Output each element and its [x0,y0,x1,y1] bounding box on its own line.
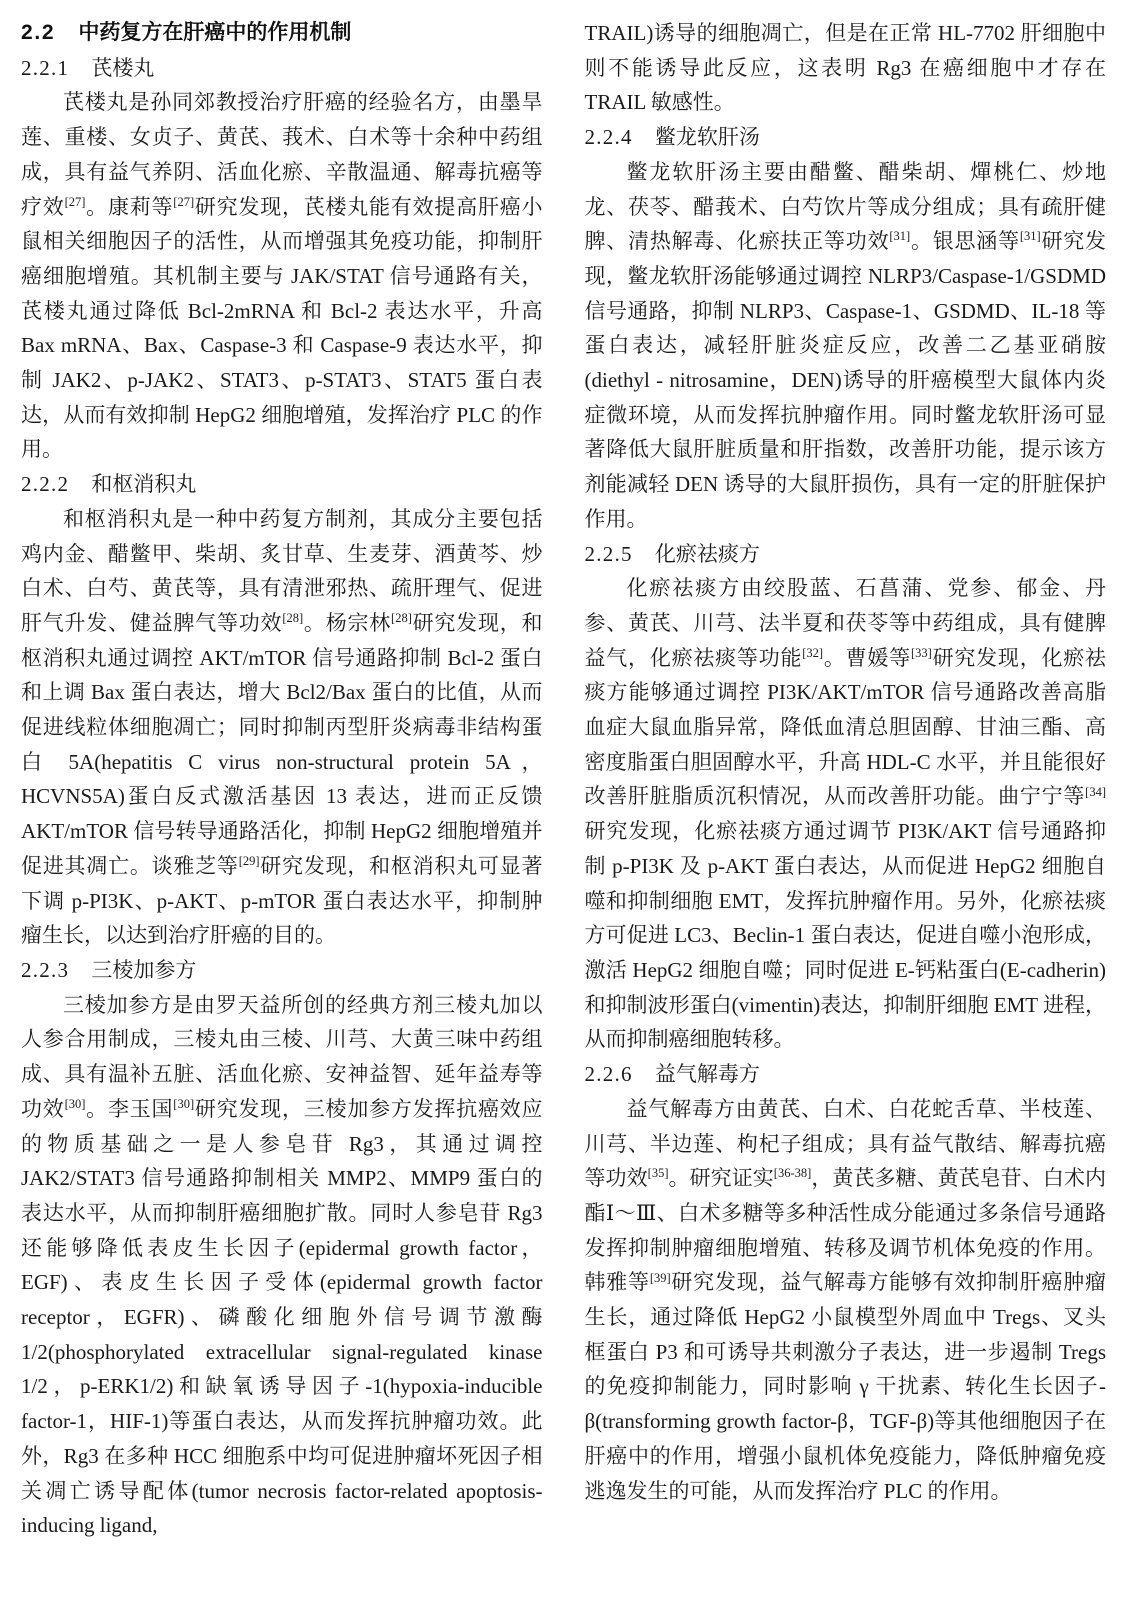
section-number: 2.2.6 [585,1062,633,1086]
section-title: 鳖龙软肝汤 [655,125,760,149]
section-title: 化瘀祛痰方 [655,542,760,566]
paragraph: 化瘀祛痰方由绞股蓝、石菖蒲、党参、郁金、丹参、黄芪、川芎、法半夏和茯苓等中药组成… [585,571,1107,1057]
section-title: 中药复方在肝癌中的作用机制 [78,21,351,44]
subsection-heading: 2.2.6益气解毒方 [585,1057,1107,1092]
subsection-heading: 2.2.2和枢消积丸 [21,467,543,502]
citation-ref: [28] [391,611,412,625]
section-number: 2.2 [21,21,55,44]
paragraph: 鳖龙软肝汤主要由醋鳖、醋柴胡、燀桃仁、炒地龙、茯苓、醋莪术、白芍饮片等成分组成；… [585,155,1107,537]
paragraph: 三棱加参方是由罗天益所创的经典方剂三棱丸加以人参合用制成，三棱丸由三棱、川芎、大… [21,988,543,1543]
subsection-heading: 2.2.1芪楼丸 [21,51,543,86]
section-title: 和枢消积丸 [91,472,196,496]
section-title: 三棱加参方 [91,958,196,982]
paragraph: 芪楼丸是孙同郊教授治疗肝癌的经验名方，由墨旱莲、重楼、女贞子、黄芪、莪术、白术等… [21,85,543,467]
citation-ref: [31] [1020,229,1041,243]
citation-ref: [30] [65,1097,86,1111]
subsection-heading: 2.2.3三棱加参方 [21,953,543,988]
citation-ref: [33] [911,646,932,660]
subsection-heading: 2.2.4鳖龙软肝汤 [585,120,1107,155]
paragraph: 益气解毒方由黄芪、白术、白花蛇舌草、半枝莲、川芎、半边莲、枸杞子组成；具有益气散… [585,1092,1107,1508]
column-right: TRAIL)诱导的细胞凋亡，但是在正常 HL-7702 肝细胞中则不能诱导此反应… [585,16,1107,1580]
citation-ref: [27] [173,195,194,209]
section-number: 2.2.3 [21,958,69,982]
citation-ref: [35] [648,1166,669,1180]
citation-ref: [28] [282,611,303,625]
section-heading: 2.2中药复方在肝癌中的作用机制 [21,16,543,51]
citation-ref: [39] [650,1271,671,1285]
citation-ref: [30] [173,1097,194,1111]
section-title: 益气解毒方 [655,1062,760,1086]
citation-ref: [32] [802,646,823,660]
section-title: 芪楼丸 [91,56,154,80]
citation-ref: [34] [1085,785,1106,799]
citation-ref: [31] [889,229,910,243]
section-number: 2.2.2 [21,472,69,496]
paper-page: 2.2中药复方在肝癌中的作用机制2.2.1芪楼丸芪楼丸是孙同郊教授治疗肝癌的经验… [0,0,1142,1598]
citation-ref: [29] [239,854,260,868]
paragraph: 和枢消积丸是一种中药复方制剂，其成分主要包括鸡内金、醋鳖甲、柴胡、炙甘草、生麦芽… [21,502,543,953]
citation-ref: [27] [65,195,86,209]
section-number: 2.2.1 [21,56,69,80]
citation-ref: [36-38] [774,1166,812,1180]
subsection-heading: 2.2.5化瘀祛痰方 [585,537,1107,572]
paragraph: TRAIL)诱导的细胞凋亡，但是在正常 HL-7702 肝细胞中则不能诱导此反应… [585,16,1107,120]
section-number: 2.2.4 [585,125,633,149]
section-number: 2.2.5 [585,542,633,566]
column-left: 2.2中药复方在肝癌中的作用机制2.2.1芪楼丸芪楼丸是孙同郊教授治疗肝癌的经验… [21,16,543,1580]
